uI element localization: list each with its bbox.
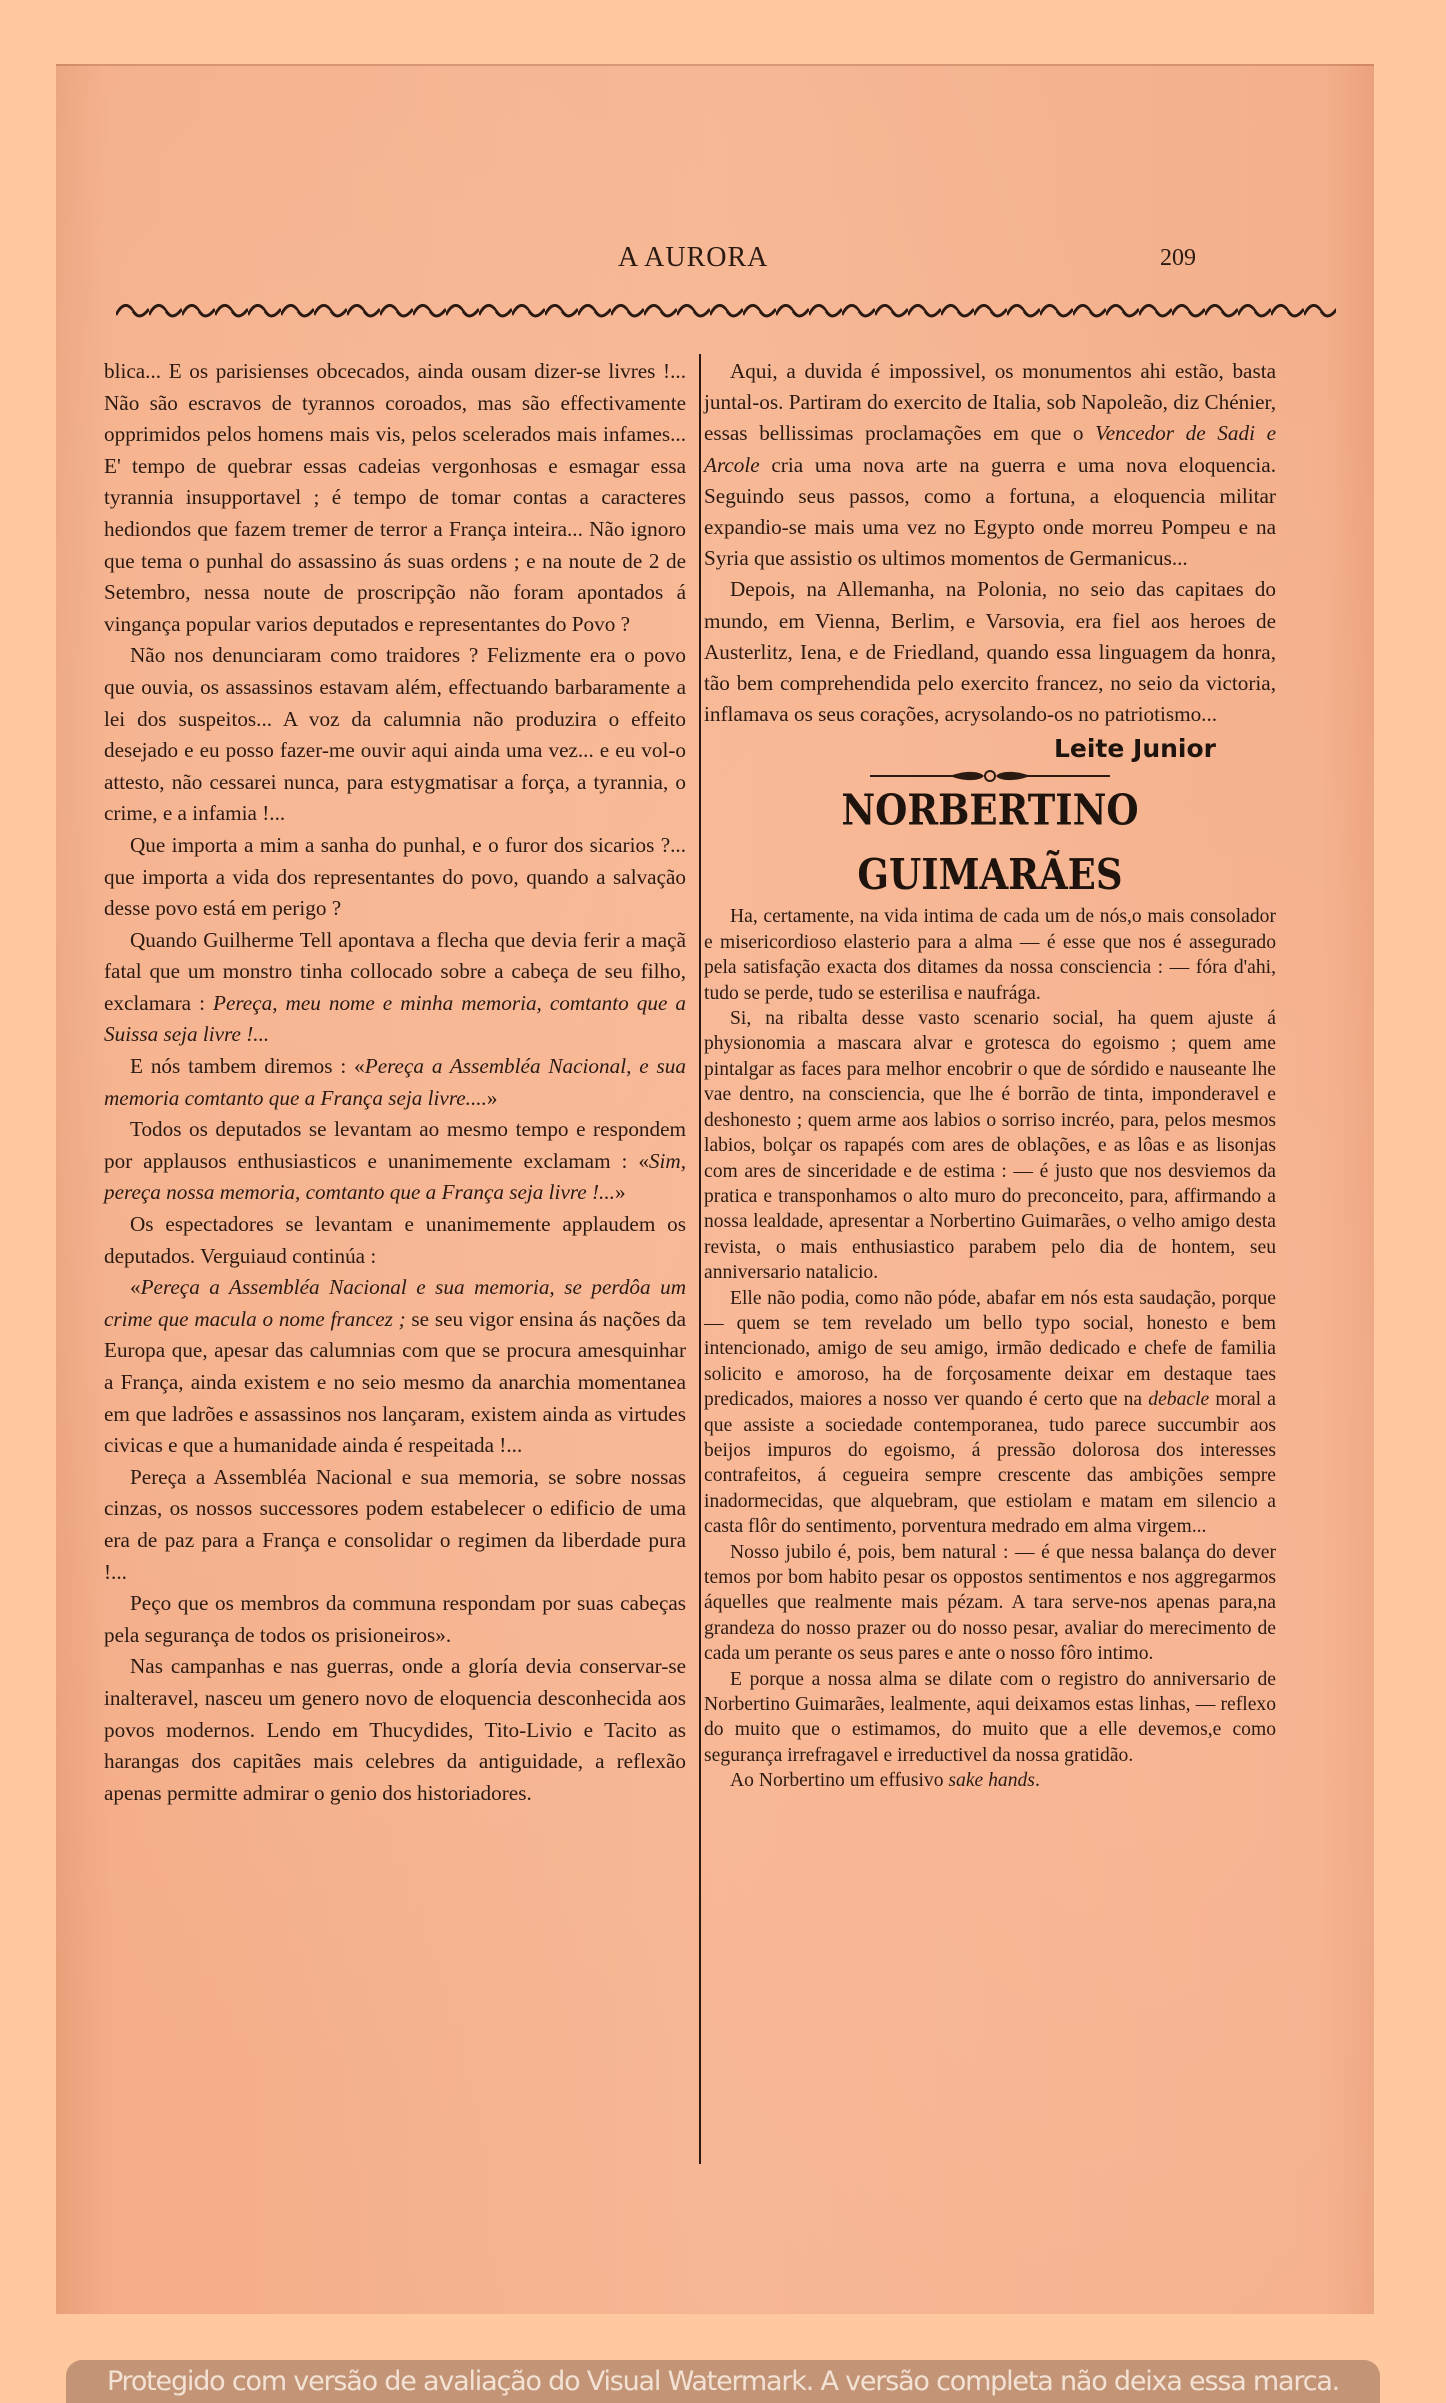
paragraph: Que importa a mim a sanha do punhal, e o… — [104, 830, 686, 925]
first-article-continuation: Aqui, a duvida é impossivel, os monument… — [704, 356, 1276, 730]
text-run: » — [615, 1180, 626, 1204]
right-column: Aqui, a duvida é impossivel, os monument… — [704, 356, 1276, 1794]
paragraph: «Pereça a Assembléa Nacional e sua memor… — [104, 1272, 686, 1462]
text-run: Não nos denunciaram como traidores ? Fel… — [104, 643, 686, 825]
text-run: Pereça a Assembléa Nacional e sua memori… — [104, 1465, 686, 1584]
text-run: Depois, na Allemanha, na Polonia, no sei… — [704, 577, 1276, 726]
text-run: E porque a nossa alma se dilate com o re… — [704, 1669, 1276, 1766]
italic-quote: debacle — [1148, 1389, 1209, 1410]
page-number: 209 — [1160, 245, 1196, 272]
paragraph: E nós tambem diremos : «Pereça a Assembl… — [104, 1051, 686, 1114]
watermark-banner: Protegido com versão de avaliação do Vis… — [66, 2360, 1380, 2403]
paragraph: Os espectadores se levantam e unanimemen… — [104, 1209, 686, 1272]
paragraph: Aqui, a duvida é impossivel, os monument… — [704, 356, 1276, 574]
paragraph: Todos os deputados se levantam ao mesmo … — [104, 1114, 686, 1209]
text-run: E nós tambem diremos : « — [130, 1054, 365, 1078]
paragraph: Ao Norbertino um effusivo sake hands. — [704, 1768, 1276, 1793]
text-run: Nas campanhas e nas guerras, onde a glor… — [104, 1654, 686, 1804]
newspaper-page: A AURORA 209 blica... E os parisienses o… — [56, 64, 1374, 2314]
text-run: Ao Norbertino um effusivo — [730, 1770, 948, 1791]
text-run: Si, na ribalta desse vasto scenario soci… — [704, 1008, 1276, 1283]
paragraph: Si, na ribalta desse vasto scenario soci… — [704, 1006, 1276, 1285]
paragraph: Depois, na Allemanha, na Polonia, no sei… — [704, 574, 1276, 730]
text-run: . — [1035, 1770, 1040, 1791]
text-run: Os espectadores se levantam e unanimemen… — [104, 1212, 686, 1268]
article-title: NORBERTINO GUIMARÃES — [704, 778, 1276, 907]
author-signature: Leite Junior — [704, 732, 1276, 766]
running-head: A AURORA 209 — [56, 242, 1374, 282]
text-run: « — [130, 1275, 141, 1299]
column-divider — [699, 354, 701, 2164]
wave-rule-ornament-icon — [116, 297, 1336, 325]
paragraph: Nosso jubilo é, pois, bem natural : — é … — [704, 1540, 1276, 1667]
paragraph: Peço que os membros da communa respondam… — [104, 1588, 686, 1651]
text-run: Que importa a mim a sanha do punhal, e o… — [104, 833, 686, 920]
text-run: moral a que assiste a sociedade contempo… — [704, 1389, 1276, 1537]
text-run: Todos os deputados se levantam ao mesmo … — [104, 1117, 686, 1173]
publication-title: A AURORA — [618, 242, 768, 274]
paragraph: E porque a nossa alma se dilate com o re… — [704, 1667, 1276, 1769]
text-run: Ha, certamente, na vida intima de cada u… — [704, 906, 1276, 1003]
paragraph: Ha, certamente, na vida intima de cada u… — [704, 904, 1276, 1006]
text-run: Peço que os membros da communa respondam… — [104, 1591, 686, 1647]
paragraph: Elle não podia, como não póde, abafar em… — [704, 1286, 1276, 1540]
text-run: Nosso jubilo é, pois, bem natural : — é … — [704, 1542, 1276, 1665]
text-run: cria uma nova arte na guerra e uma nova … — [704, 453, 1276, 571]
text-run: » — [487, 1086, 498, 1110]
second-article-body: Ha, certamente, na vida intima de cada u… — [704, 904, 1276, 1793]
paragraph: Quando Guilherme Tell apontava a flecha … — [104, 925, 686, 1051]
paragraph: Não nos denunciaram como traidores ? Fel… — [104, 640, 686, 830]
paragraph: Nas campanhas e nas guerras, onde a glor… — [104, 1651, 686, 1809]
paragraph: blica... E os parisienses obcecados, ain… — [104, 356, 686, 640]
left-column: blica... E os parisienses obcecados, ain… — [104, 356, 686, 1809]
italic-quote: sake hands — [948, 1770, 1035, 1791]
text-run: blica... E os parisienses obcecados, ain… — [104, 359, 686, 636]
paragraph: Pereça a Assembléa Nacional e sua memori… — [104, 1462, 686, 1588]
